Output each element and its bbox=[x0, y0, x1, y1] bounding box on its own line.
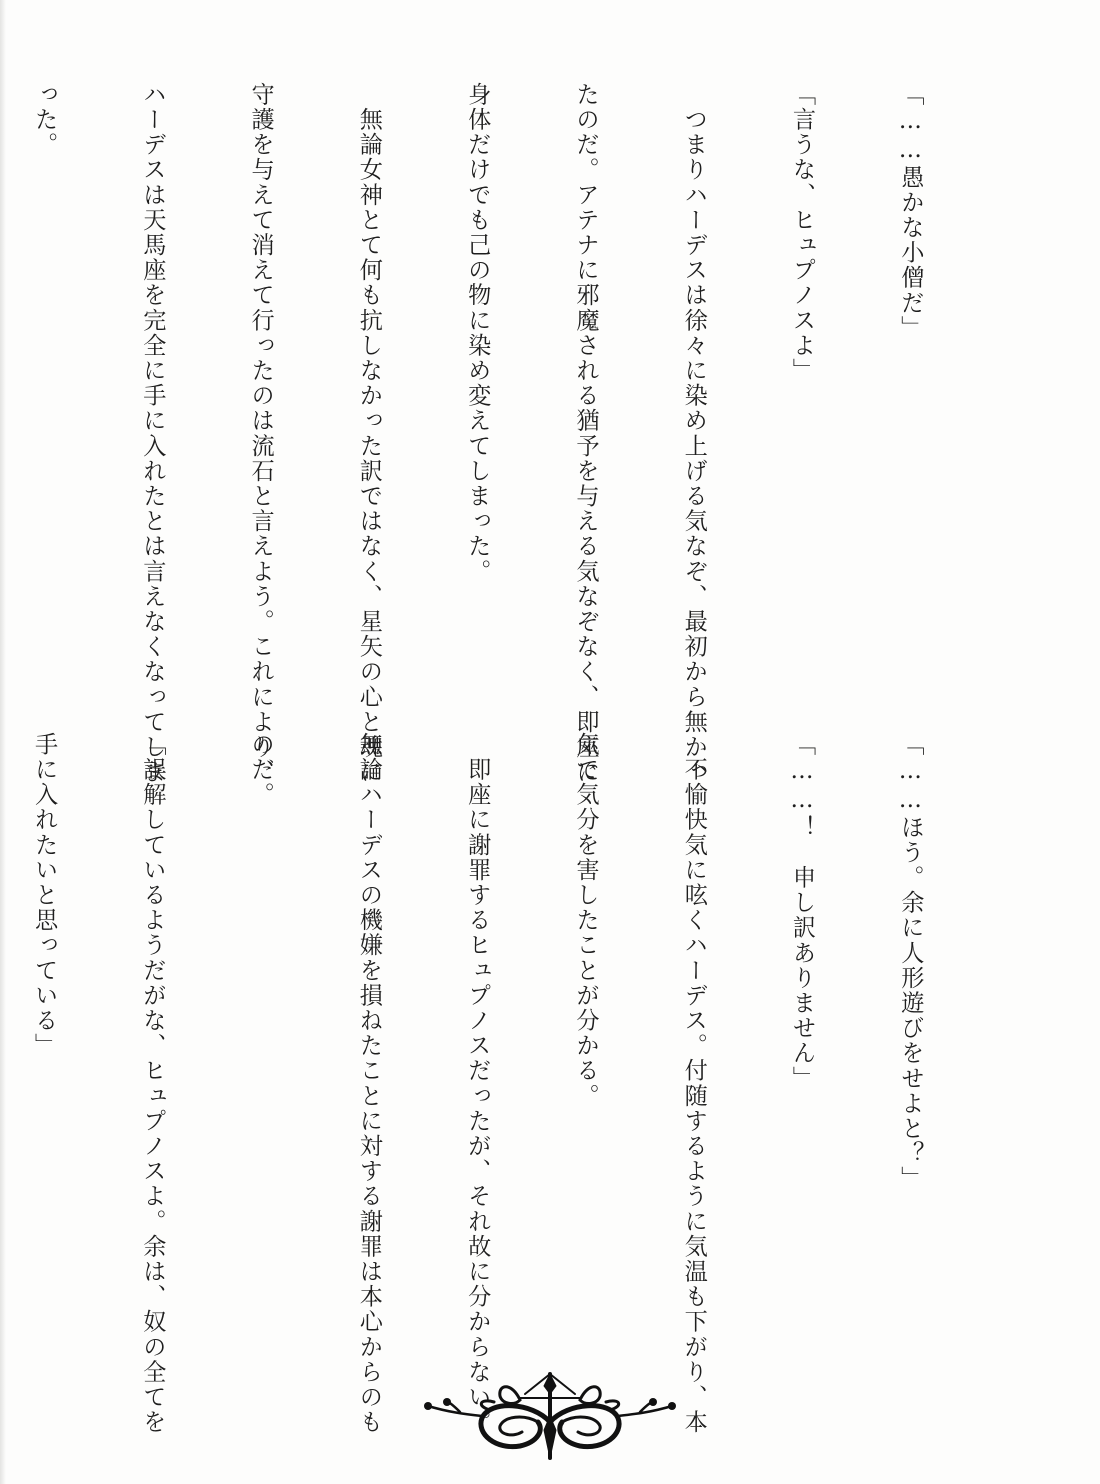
flourish-ornament-icon bbox=[420, 1372, 680, 1462]
text-column: 「……！ 申し訳ありません」 bbox=[783, 732, 819, 1352]
text-column: 身体だけでも己の物に染め変えてしまった。 bbox=[459, 82, 495, 702]
text-column: った。 bbox=[25, 82, 61, 702]
text-column: 「言うな、ヒュプノスよ」 bbox=[783, 82, 819, 702]
text-column: 「……愚かな小僧だ」 bbox=[892, 82, 928, 702]
text-column: のだ。 bbox=[242, 732, 278, 1352]
text-column: 守護を与えて消えて行ったのは流石と言えよう。これにより、 bbox=[242, 82, 278, 702]
text-column: 即座に謝罪するヒュプノスだったが、それ故に分からない。 bbox=[459, 732, 495, 1352]
text-column: 無論ハーデスの機嫌を損ねたことに対する謝罪は本心からのも bbox=[350, 732, 386, 1352]
text-column: 無論女神とて何も抗しなかった訳ではなく、星矢の心と魂に bbox=[350, 82, 386, 702]
text-column: 不愉快気に呟くハーデス。付随するように気温も下がり、本 bbox=[675, 732, 711, 1352]
text-column: 手に入れたいと思っている」 bbox=[25, 732, 61, 1352]
text-column: ハーデスは天馬座を完全に手に入れたとは言えなくなってしま bbox=[134, 82, 170, 702]
text-block-upper: 「……愚かな小僧だ」 「言うな、ヒュプノスよ」 つまりハーデスは徐々に染め上げる… bbox=[120, 82, 1000, 702]
text-column: 「……ほう。余に人形遊びをせよと？」 bbox=[892, 732, 928, 1352]
text-column: 気で気分を害したことが分かる。 bbox=[567, 732, 603, 1352]
text-column: 「誤解しているようだがな、ヒュプノスよ。余は、奴の全てを bbox=[134, 732, 170, 1352]
text-block-lower: 「……ほう。余に人形遊びをせよと？」 「……！ 申し訳ありません」 不愉快気に呟… bbox=[120, 732, 1000, 1352]
text-column: たのだ。アテナに邪魔される猶予を与える気なぞなく、即座に bbox=[567, 82, 603, 702]
text-column: つまりハーデスは徐々に染め上げる気なぞ、最初から無かっ bbox=[675, 82, 711, 702]
